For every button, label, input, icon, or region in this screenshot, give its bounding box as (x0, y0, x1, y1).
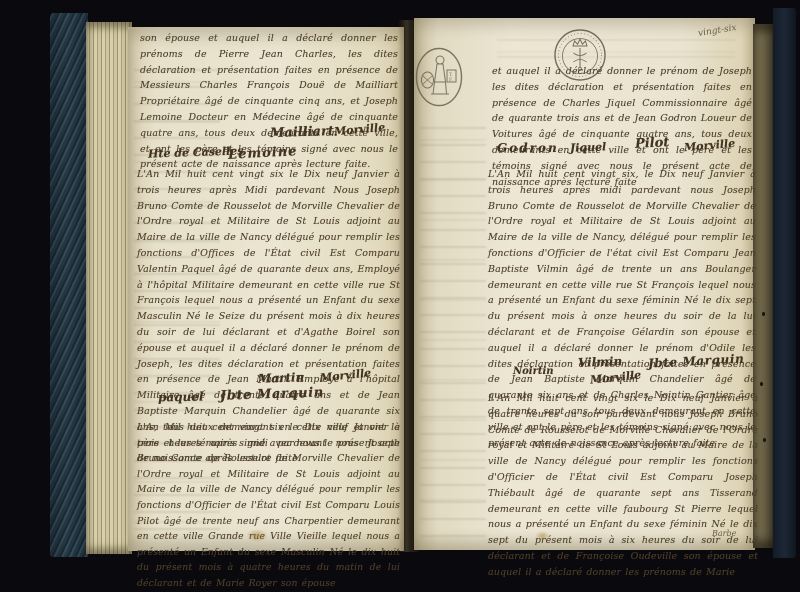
svg-text:F.: F. (449, 77, 453, 83)
ink-stain (246, 529, 268, 542)
signature: Noirtin (513, 366, 554, 377)
birth-act-paragraph-left: L'An Mil huit cent vingt six le Dix neuf… (137, 420, 400, 565)
page-edge-stack-left (86, 22, 132, 554)
register-book-photo: T. F. vingt-six son épouse et auquel il … (0, 0, 800, 565)
fore-edge-speck (762, 312, 765, 316)
ink-stain (535, 531, 550, 541)
book-cover-left (50, 13, 88, 557)
fore-edge-speck (760, 382, 763, 386)
signature: Martin (258, 370, 305, 386)
fore-edge-speck (763, 438, 766, 442)
birth-act-paragraph-right: L'An Mil huit cent vingt six le Dix neuf… (488, 391, 758, 565)
minerva-stamp-icon: T. F. (414, 46, 464, 108)
catchword: Barbe (712, 529, 736, 538)
signature: Mailliart (270, 124, 334, 141)
signature: paquel (158, 390, 204, 405)
signature: Pilot (635, 135, 670, 152)
signature: Godron (497, 141, 559, 155)
bleedthrough-texture (420, 118, 486, 538)
signature: Vilmin (578, 354, 623, 370)
book-cover-right (773, 8, 796, 558)
signature: Jiquel (570, 140, 607, 154)
